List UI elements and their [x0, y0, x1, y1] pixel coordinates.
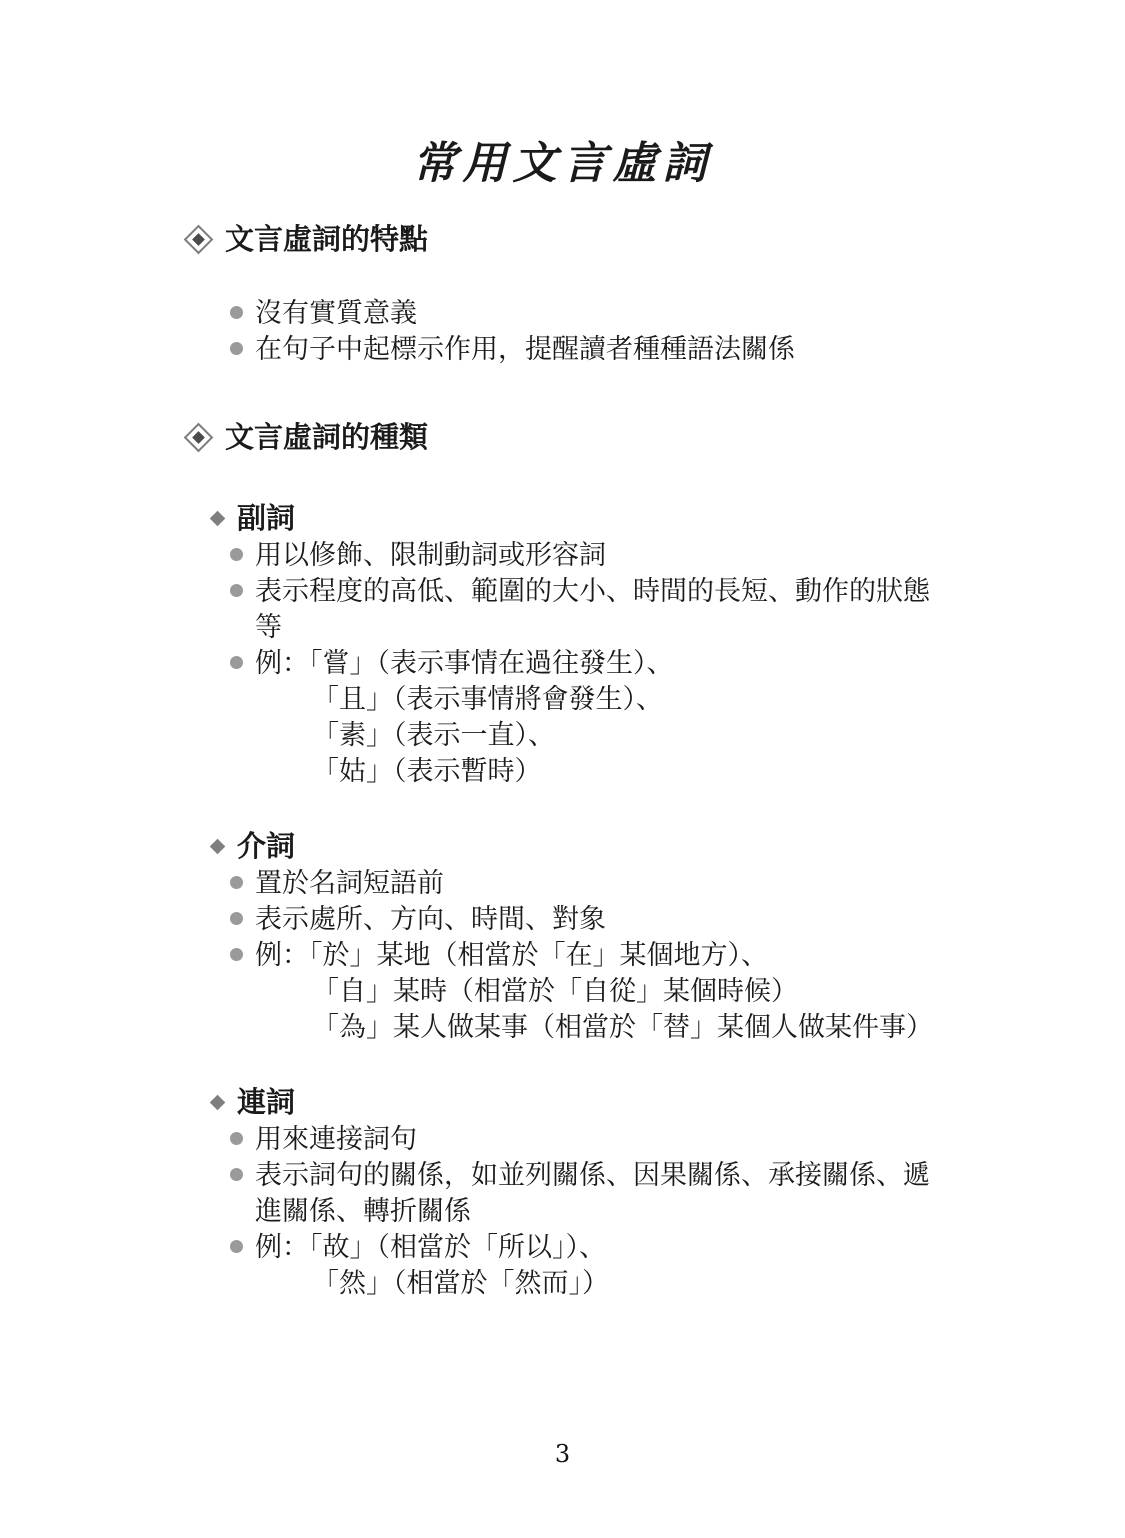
bullet-icon [230, 1168, 243, 1181]
diamond-core-icon [192, 431, 205, 444]
list-item: 置於名詞短語前 [230, 865, 985, 901]
subsection-preposition: 介詞 置於名詞短語前 表示處所、方向、時間、對象 例：「於」某地（相當於「 [210, 829, 985, 1045]
small-diamond-icon [210, 839, 226, 855]
list-item: 表示詞句的關係，如並列關係、因果關係、承接關係、遞進關係、轉折關係 [230, 1157, 985, 1229]
bullet-icon [230, 342, 243, 355]
example-line: 例：「於」某地（相當於「在」某個地方）、 [255, 937, 933, 973]
bullet-text: 用來連接詞句 [255, 1121, 417, 1157]
bullet-list: 沒有實質意義 在句子中起標示作用，提醒讀者種種語法關係 [188, 295, 985, 367]
bullet-icon [230, 1132, 243, 1145]
bullet-icon [230, 548, 243, 561]
list-item: 用來連接詞句 [230, 1121, 985, 1157]
list-item: 表示程度的高低、範圍的大小、時間的長短、動作的狀態等 [230, 573, 985, 645]
bullet-icon [230, 876, 243, 889]
subsection-heading: 副詞 [210, 501, 985, 537]
list-item: 例：「嘗」（表示事情在過往發生）、 「且」（表示事情將會發生）、 「素」（表示一… [230, 645, 985, 789]
bullet-icon [230, 912, 243, 925]
section-title: 文言虛詞的種類 [225, 419, 428, 457]
list-item: 例：「於」某地（相當於「在」某個地方）、 「自」某時（相當於「自從」某個時候） … [230, 937, 985, 1045]
example-line: 例：「嘗」（表示事情在過往發生）、 [255, 645, 674, 681]
subsection-adverb: 副詞 用以修飾、限制動詞或形容詞 表示程度的高低、範圍的大小、時間的長短、動作的… [210, 501, 985, 789]
list-item: 在句子中起標示作用，提醒讀者種種語法關係 [230, 331, 985, 367]
bullet-list: 用來連接詞句 表示詞句的關係，如並列關係、因果關係、承接關係、遞進關係、轉折關係… [210, 1121, 985, 1301]
list-item: 例：「故」（相當於「所以」）、 「然」（相當於「然而」） [230, 1229, 985, 1301]
subsection-conjunction: 連詞 用來連接詞句 表示詞句的關係，如並列關係、因果關係、承接關係、遞進關係、轉… [210, 1085, 985, 1301]
section-title: 文言虛詞的特點 [225, 221, 428, 259]
list-item: 沒有實質意義 [230, 295, 985, 331]
example-continuation: 「且」（表示事情將會發生）、 [255, 681, 674, 717]
example-line: 例：「故」（相當於「所以」）、 [255, 1229, 609, 1265]
section-heading: 文言虛詞的特點 [188, 221, 985, 259]
subsection-heading: 連詞 [210, 1085, 985, 1121]
small-diamond-icon [210, 511, 226, 527]
bullet-icon [230, 1240, 243, 1253]
subsection-title: 連詞 [237, 1085, 295, 1121]
bullet-icon [230, 306, 243, 319]
list-item: 表示處所、方向、時間、對象 [230, 901, 985, 937]
page-number: 3 [0, 1440, 1125, 1468]
example-continuation: 「為」某人做某事（相當於「替」某個人做某件事） [255, 1009, 933, 1045]
bullet-list: 用以修飾、限制動詞或形容詞 表示程度的高低、範圍的大小、時間的長短、動作的狀態等… [210, 537, 985, 789]
bullet-icon [230, 948, 243, 961]
page-title: 常用文言虛詞 [0, 138, 1125, 191]
list-item: 用以修飾、限制動詞或形容詞 [230, 537, 985, 573]
diamond-core-icon [192, 233, 205, 246]
bullet-icon [230, 656, 243, 669]
example-continuation: 「然」（相當於「然而」） [255, 1265, 609, 1301]
bullet-text: 表示詞句的關係，如並列關係、因果關係、承接關係、遞進關係、轉折關係 [255, 1157, 950, 1229]
bullet-text: 例：「嘗」（表示事情在過往發生）、 「且」（表示事情將會發生）、 「素」（表示一… [255, 645, 674, 789]
section-types: 文言虛詞的種類 副詞 用以修飾、限制動詞或形容詞 表示程度的高低、範圍的大小、時… [188, 419, 985, 1301]
page-content: 文言虛詞的特點 沒有實質意義 在句子中起標示作用，提醒讀者種種語法關係 文言虛詞… [0, 221, 1125, 1301]
bullet-text: 表示處所、方向、時間、對象 [255, 901, 606, 937]
bullet-text: 用以修飾、限制動詞或形容詞 [255, 537, 606, 573]
bullet-text: 在句子中起標示作用，提醒讀者種種語法關係 [255, 331, 795, 367]
section-heading: 文言虛詞的種類 [188, 419, 985, 457]
small-diamond-icon [210, 1095, 226, 1111]
bullet-text: 表示程度的高低、範圍的大小、時間的長短、動作的狀態等 [255, 573, 950, 645]
bullet-text: 置於名詞短語前 [255, 865, 444, 901]
bullet-text: 例：「故」（相當於「所以」）、 「然」（相當於「然而」） [255, 1229, 609, 1301]
example-continuation: 「自」某時（相當於「自從」某個時候） [255, 973, 933, 1009]
bullet-text: 沒有實質意義 [255, 295, 417, 331]
section-features: 文言虛詞的特點 沒有實質意義 在句子中起標示作用，提醒讀者種種語法關係 [188, 221, 985, 367]
diamond-icon [184, 423, 214, 453]
bullet-list: 置於名詞短語前 表示處所、方向、時間、對象 例：「於」某地（相當於「在」某個地方… [210, 865, 985, 1045]
bullet-text: 例：「於」某地（相當於「在」某個地方）、 「自」某時（相當於「自從」某個時候） … [255, 937, 933, 1045]
subsection-title: 副詞 [237, 501, 295, 537]
example-continuation: 「素」（表示一直）、 [255, 717, 674, 753]
subsection-heading: 介詞 [210, 829, 985, 865]
document-page: 常用文言虛詞 文言虛詞的特點 沒有實質意義 在句子中起標示作用，提醒讀者種種語法… [0, 138, 1125, 1301]
example-continuation: 「姑」（表示暫時） [255, 753, 674, 789]
bullet-icon [230, 584, 243, 597]
subsection-title: 介詞 [237, 829, 295, 865]
diamond-icon [184, 225, 214, 255]
